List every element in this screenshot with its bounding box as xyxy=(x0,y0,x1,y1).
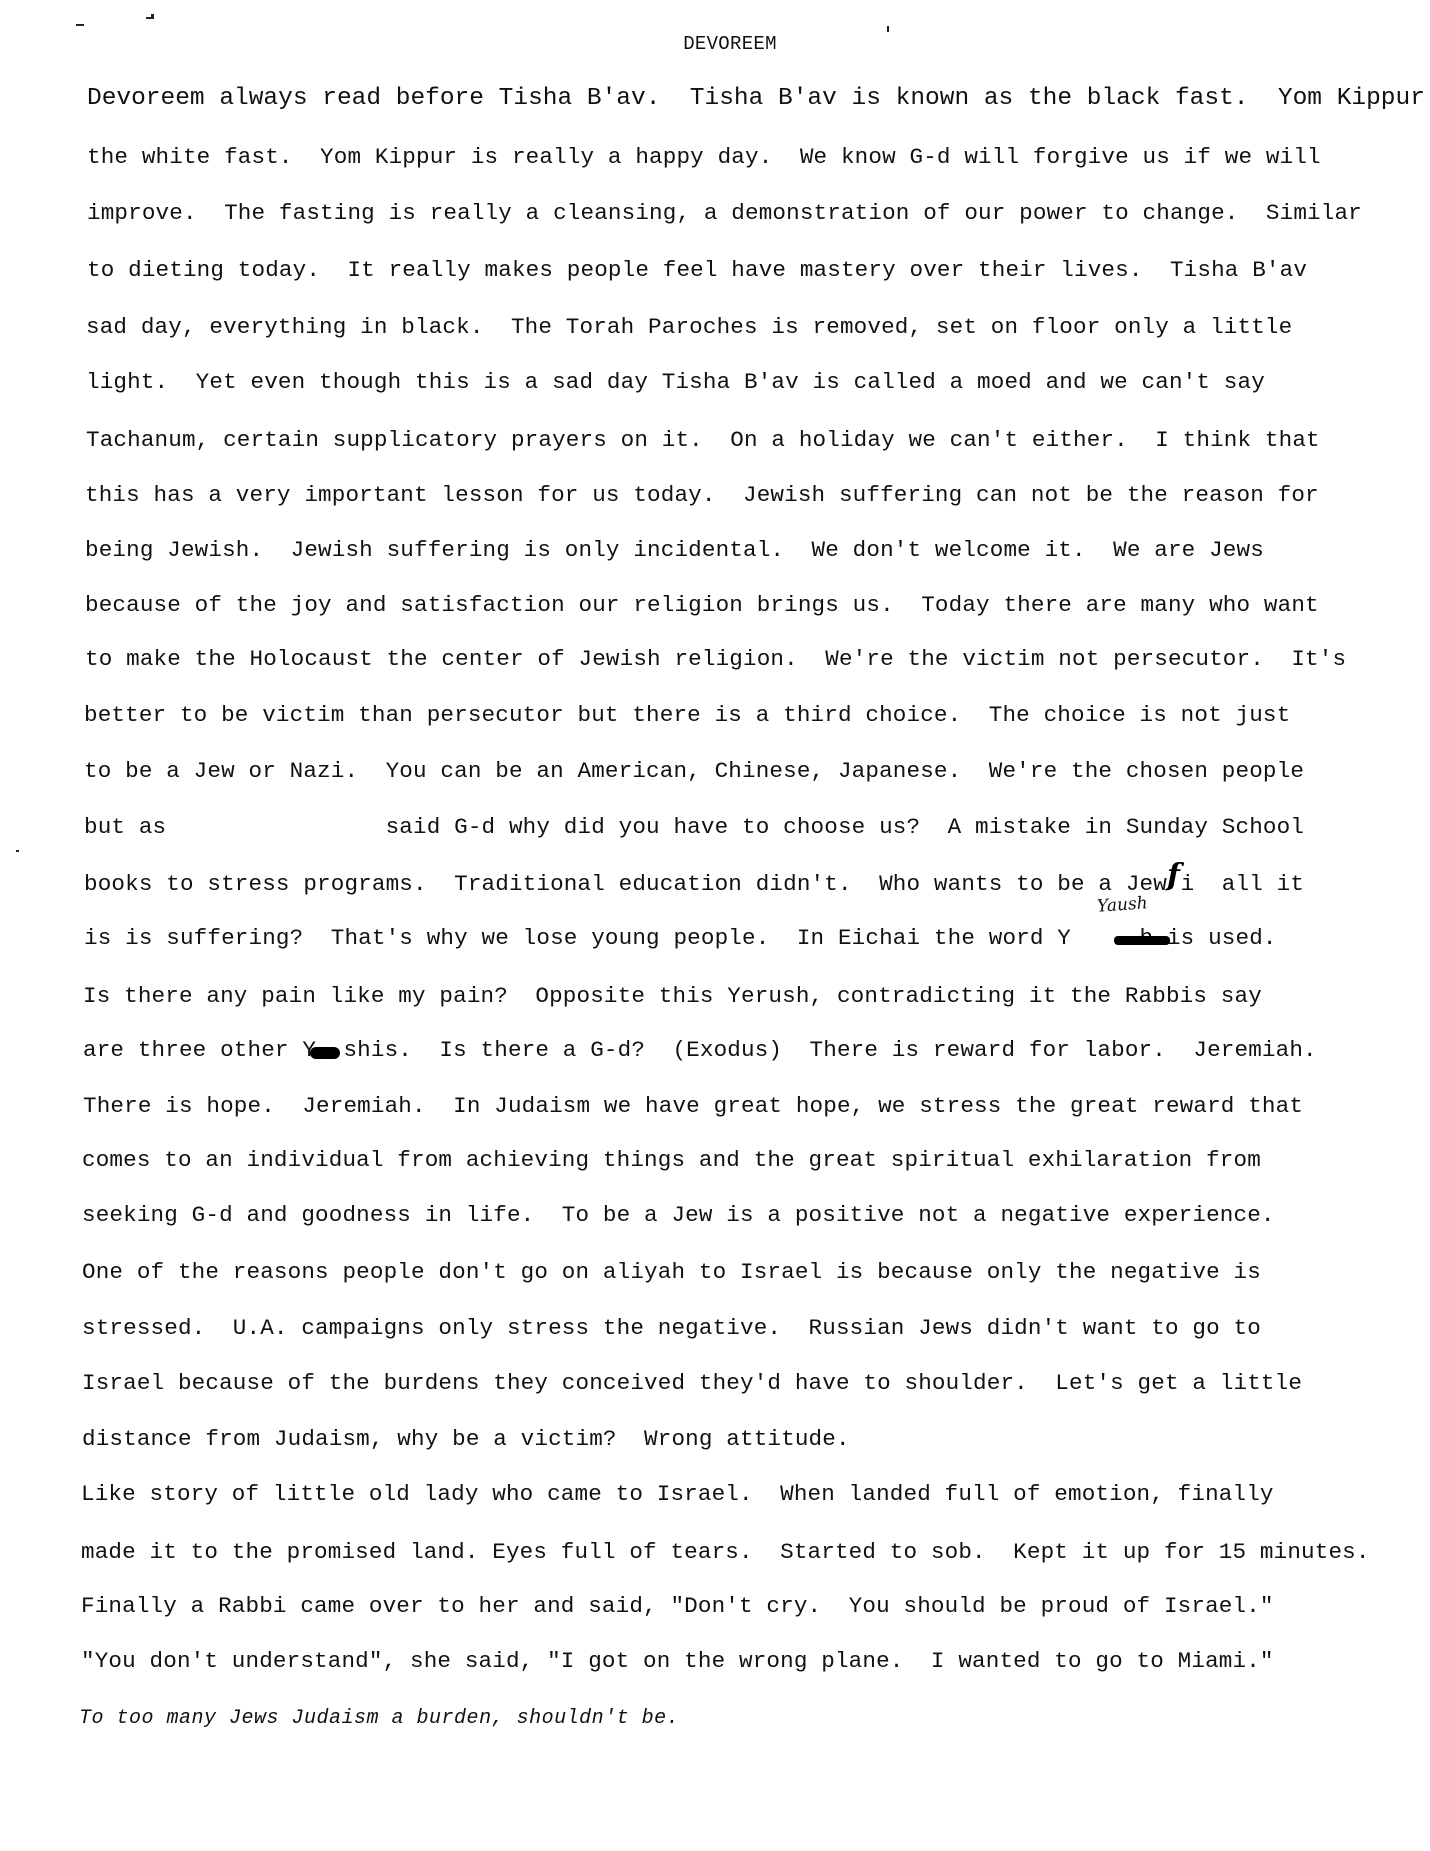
text-line: because of the joy and satisfaction our … xyxy=(85,592,1319,618)
text-line: There is hope. Jeremiah. In Judaism we h… xyxy=(83,1093,1303,1119)
text-line: Tachanum, certain supplicatory prayers o… xyxy=(86,427,1320,453)
document-page: DEVOREEM Devoreem always read before Tis… xyxy=(0,0,1430,1851)
text-line: better to be victim than persecutor but … xyxy=(84,702,1290,728)
text-line: Like story of little old lady who came t… xyxy=(81,1481,1274,1507)
text-line: distance from Judaism, why be a victim? … xyxy=(82,1426,850,1452)
document-title: DEVOREEM xyxy=(0,33,1430,55)
text-line: One of the reasons people don't go on al… xyxy=(82,1259,1261,1285)
text-line: books to stress programs. Traditional ed… xyxy=(84,871,1304,897)
text-line: Devoreem always read before Tisha B'av. … xyxy=(87,86,1425,112)
text-line: to make the Holocaust the center of Jewi… xyxy=(85,646,1346,672)
scan-speck xyxy=(146,17,154,19)
overstrike-yerush xyxy=(1114,936,1170,945)
text-line: the white fast. Yom Kippur is really a h… xyxy=(87,144,1321,170)
scan-speck xyxy=(887,26,889,32)
text-line: Is there any pain like my pain? Opposite… xyxy=(83,983,1262,1009)
text-line: this has a very important lesson for us … xyxy=(85,482,1319,508)
text-line: comes to an individual from achieving th… xyxy=(82,1147,1261,1173)
text-line: sad day, everything in black. The Torah … xyxy=(86,314,1292,340)
scan-speck xyxy=(151,14,154,17)
text-line: Israel because of the burdens they conce… xyxy=(82,1370,1302,1396)
handwritten-insert-yaush: Yaush xyxy=(1096,893,1148,916)
text-line: light. Yet even though this is a sad day… xyxy=(86,369,1265,395)
text-line: but as said G-d why did you have to choo… xyxy=(84,814,1304,840)
text-line: to be a Jew or Nazi. You can be an Ameri… xyxy=(84,758,1304,784)
text-line: seeking G-d and goodness in life. To be … xyxy=(82,1202,1275,1228)
text-line: made it to the promised land. Eyes full … xyxy=(81,1539,1370,1565)
text-line: Finally a Rabbi came over to her and sai… xyxy=(81,1593,1274,1619)
text-line: being Jewish. Jewish suffering is only i… xyxy=(85,537,1264,563)
text-line: is is suffering? That's why we lose youn… xyxy=(84,925,1277,951)
text-line: improve. The fasting is really a cleansi… xyxy=(87,200,1362,226)
handwritten-if-correction: f xyxy=(1167,858,1180,893)
text-line: "You don't understand", she said, "I got… xyxy=(81,1648,1274,1674)
text-line: to dieting today. It really makes people… xyxy=(87,257,1307,283)
overstrike-yeshis xyxy=(310,1047,340,1059)
scan-speck xyxy=(76,24,84,26)
scan-speck xyxy=(16,850,19,852)
text-line: are three other Y shis. Is there a G-d? … xyxy=(83,1037,1317,1063)
text-line-closing: To too many Jews Judaism a burden, shoul… xyxy=(79,1706,679,1732)
text-line: stressed. U.A. campaigns only stress the… xyxy=(82,1315,1261,1341)
